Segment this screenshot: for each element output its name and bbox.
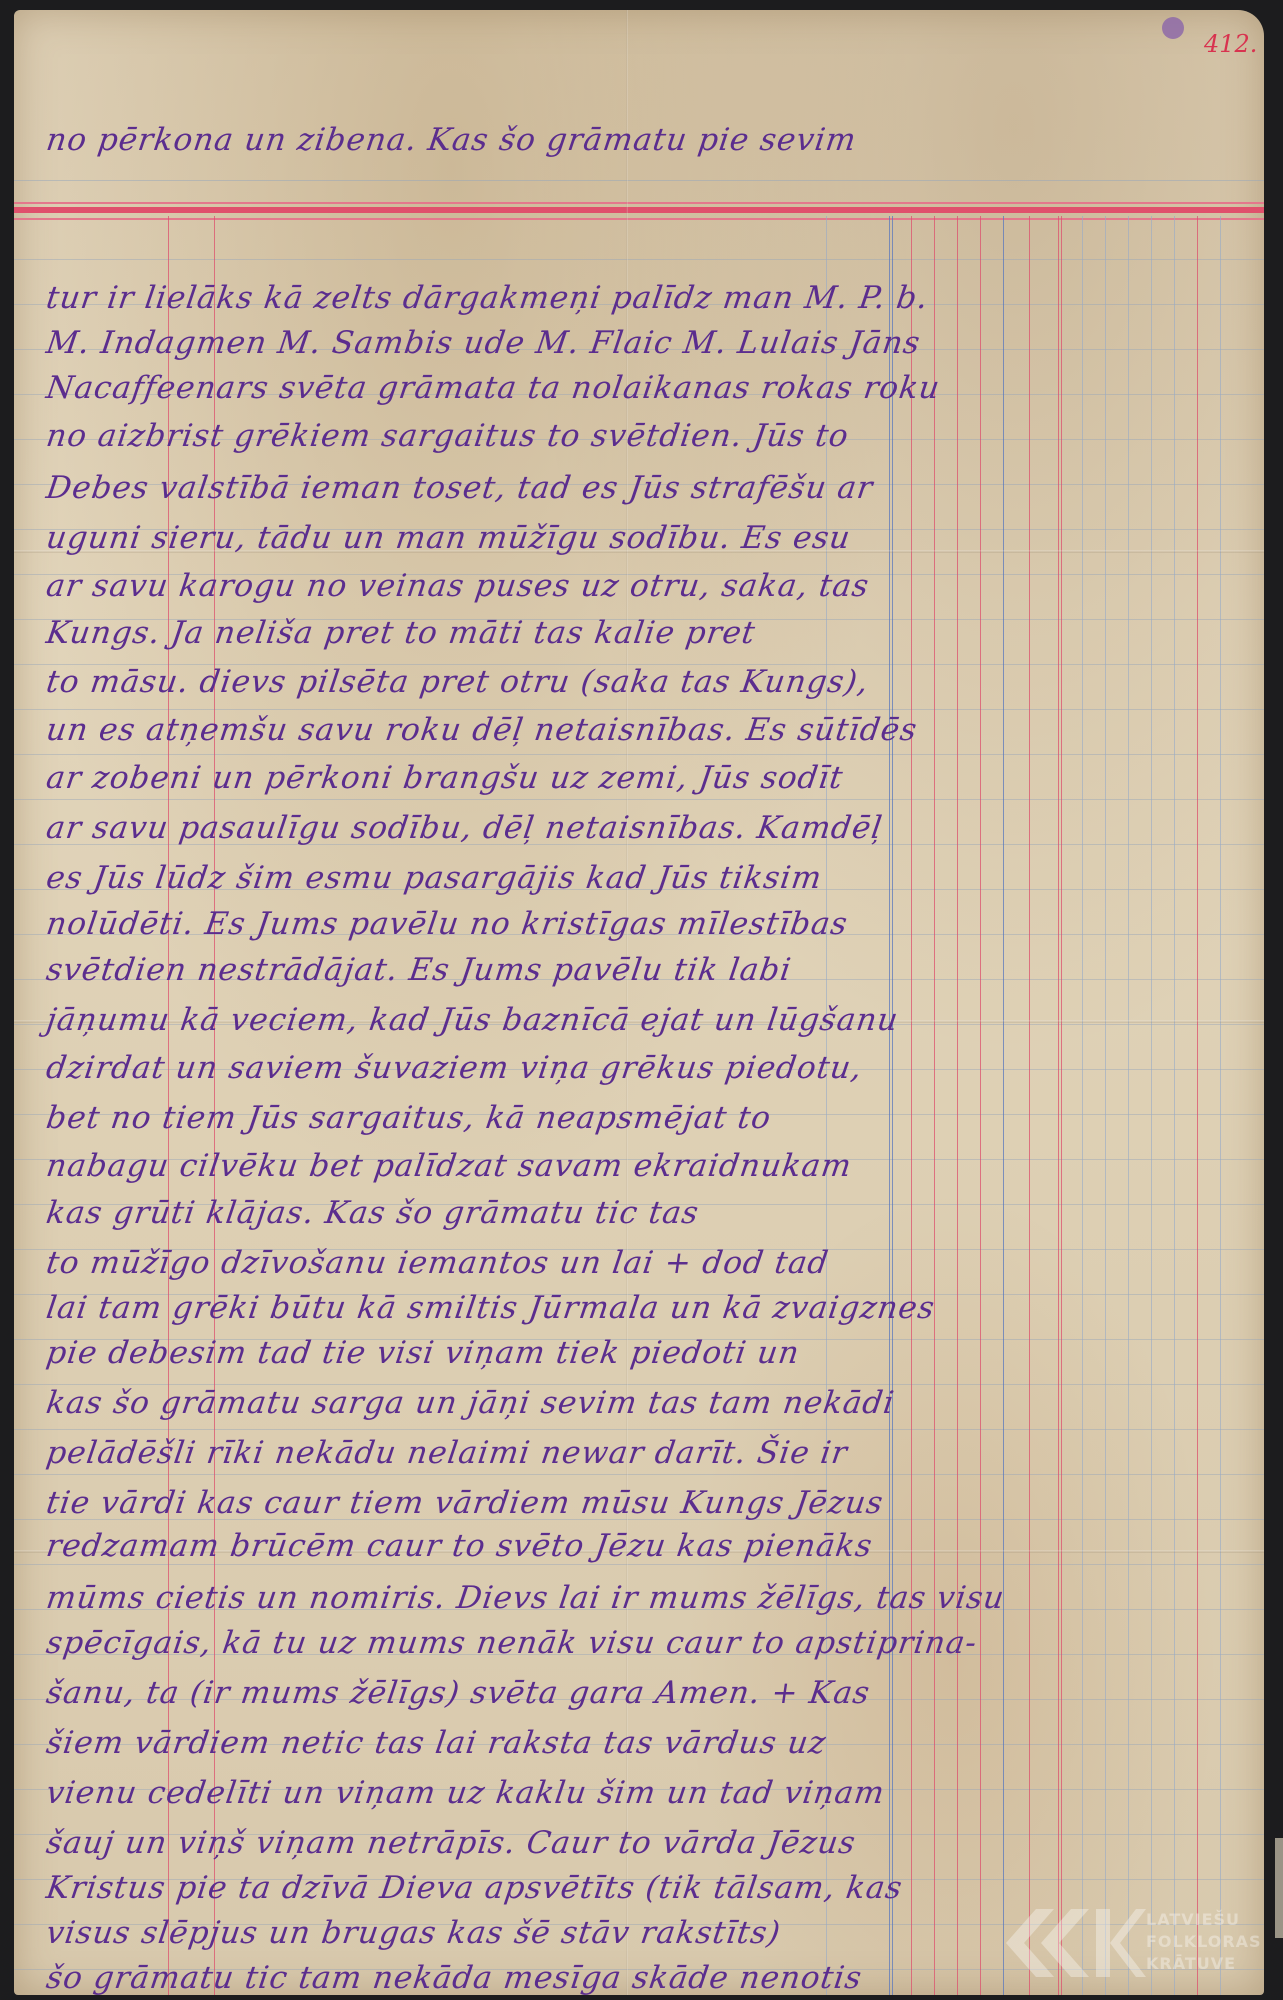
scan-edge-marker: [1275, 1838, 1283, 1938]
watermark-text: LATVIEŠU FOLKLORAS KRĀTUVE: [1146, 1909, 1262, 1975]
handwritten-line: no aizbrist grēkiem sargaitus to svētdie…: [44, 418, 851, 454]
handwritten-line: bet no tiem Jūs sargaitus, kā neapsmējat…: [44, 1100, 774, 1136]
watermark-line: LATVIEŠU: [1146, 1909, 1262, 1931]
ink-stamp-dot: [1162, 17, 1184, 39]
ledger-column-line: [957, 216, 958, 1995]
handwritten-line: Kungs. Ja neliša pret to māti tas kalie …: [44, 615, 758, 651]
handwritten-line: to māsu. dievs pilsēta pret otru (saka t…: [44, 664, 871, 700]
handwritten-line: spēcīgais, kā tu uz mums nenāk visu caur…: [44, 1625, 979, 1661]
ledger-column-line: [1082, 216, 1083, 1995]
handwritten-line: vienu cedelīti un viņam uz kaklu šim un …: [44, 1775, 887, 1811]
archive-watermark: LATVIEŠU FOLKLORAS KRĀTUVE: [996, 1899, 1246, 1987]
handwritten-line: nolūdēti. Es Jums pavēlu no kristīgas mī…: [44, 906, 850, 942]
ledger-page: 412. no pērkona un zibena. Kas šo grāmat…: [14, 10, 1264, 1995]
ledger-column-line: [1029, 216, 1030, 1995]
handwritten-line: kas grūti klājas. Kas šo grāmatu tic tas: [44, 1195, 701, 1231]
handwritten-line: kas šo grāmatu sarga un jāņi sevim tas t…: [44, 1385, 897, 1421]
ledger-column-line: [1058, 216, 1059, 1995]
handwritten-line: svētdien nestrādājat. Es Jums pavēlu tik…: [44, 952, 794, 988]
handwritten-line: no pērkona un zibena. Kas šo grāmatu pie…: [44, 122, 859, 158]
handwritten-line: šauj un viņš viņam netrāpīs. Caur to vār…: [44, 1825, 858, 1861]
handwritten-line: Kristus pie ta dzīvā Dieva apsvētīts (ti…: [44, 1870, 905, 1906]
watermark-line: KRĀTUVE: [1146, 1953, 1262, 1975]
handwritten-line: nabagu cilvēku bet palīdzat savam ekraid…: [44, 1148, 854, 1184]
red-double-rule: [14, 202, 1264, 220]
handwritten-line: tur ir lielāks kā zelts dārgakmeņi palīd…: [44, 280, 931, 316]
watermark-line: FOLKLORAS: [1146, 1931, 1262, 1953]
handwritten-line: pie debesim tad tie visi viņam tiek pied…: [44, 1335, 802, 1371]
handwritten-line: ar zobeni un pērkoni brangšu uz zemi, Jū…: [44, 760, 846, 796]
handwritten-line: šo grāmatu tic tam nekāda mesīga skāde n…: [44, 1960, 865, 1995]
handwritten-line: pelādēšli rīki nekādu nelaimi newar darī…: [44, 1435, 850, 1471]
handwritten-line: lai tam grēki būtu kā smiltis Jūrmala un…: [44, 1290, 937, 1326]
handwritten-line: jāņumu kā veciem, kad Jūs baznīcā ejat u…: [44, 1002, 901, 1038]
header-rule: [14, 180, 1264, 181]
ledger-column-line: [1128, 216, 1129, 1995]
handwritten-line: dzirdat un saviem šuvaziem viņa grēkus p…: [44, 1050, 865, 1086]
handwritten-line: mūms cietis un nomiris. Dievs lai ir mum…: [44, 1580, 1007, 1616]
handwritten-line: uguni sieru, tādu un man mūžīgu sodību. …: [44, 520, 853, 556]
ledger-column-line: [1003, 216, 1004, 1995]
ledger-column-line: [934, 216, 935, 1995]
archive-logo-icon: [996, 1905, 1146, 1981]
handwritten-line: šiem vārdiem netic tas lai raksta tas vā…: [44, 1725, 829, 1761]
ledger-column-line: [1197, 216, 1198, 1995]
ledger-column-line: [1151, 216, 1152, 1995]
ledger-column-line: [1061, 216, 1062, 1995]
handwritten-line: tie vārdi kas caur tiem vārdiem mūsu Kun…: [44, 1485, 886, 1521]
handwritten-line: un es atņemšu savu roku dēļ netaisnības.…: [44, 712, 920, 748]
ledger-column-line: [911, 216, 912, 1995]
ledger-column-line: [980, 216, 981, 1995]
ledger-column-line: [1220, 216, 1221, 1995]
handwritten-line: visus slēpjus un brugas kas šē stāv raks…: [44, 1915, 783, 1951]
page-number: 412.: [1204, 30, 1257, 58]
handwritten-line: ar savu pasaulīgu sodību, dēļ netaisnība…: [44, 810, 885, 846]
handwritten-line: redzamam brūcēm caur to svēto Jēzu kas p…: [44, 1528, 875, 1564]
ledger-column-line: [1105, 216, 1106, 1995]
handwritten-line: to mūžīgo dzīvošanu iemantos un lai + do…: [44, 1245, 831, 1281]
ledger-column-line: [892, 216, 893, 1995]
handwritten-line: šanu, ta (ir mums žēlīgs) svēta gara Ame…: [44, 1675, 873, 1711]
ledger-column-line: [1174, 216, 1175, 1995]
ledger-column-line: [889, 216, 890, 1995]
handwritten-line: M. Indagmen M. Sambis ude M. Flaic M. Lu…: [44, 325, 923, 361]
handwritten-line: ar savu karogu no veinas puses uz otru, …: [44, 568, 872, 604]
handwritten-line: Nacaffeenars svēta grāmata ta nolaikanas…: [44, 370, 943, 406]
handwritten-line: Debes valstībā ieman toset, tad es Jūs s…: [44, 470, 876, 506]
handwritten-line: es Jūs lūdz šim esmu pasargājis kad Jūs …: [44, 860, 824, 896]
